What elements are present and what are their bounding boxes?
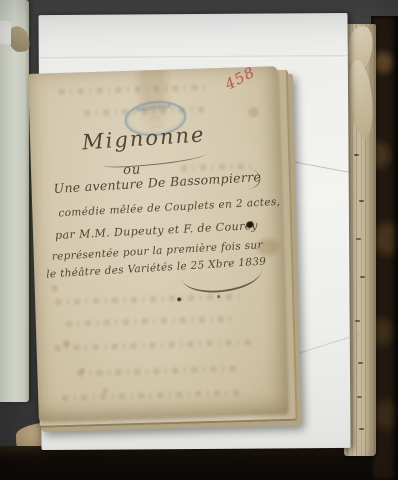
desk-shadow-strip (0, 446, 398, 480)
manuscript-title-page: 458 BIBLIOTHÈQUE · · · · · · · · · Migno… (28, 66, 288, 421)
sheet-fold-line (39, 55, 348, 60)
facing-page-edge (0, 0, 29, 402)
stamp-text-top: BIBLIOTHÈQUE (137, 105, 172, 113)
ink-dot (217, 295, 220, 298)
stamp-text-middle: · · · · (150, 116, 160, 122)
manuscript-photo: 458 BIBLIOTHÈQUE · · · · · · · · · Migno… (0, 0, 398, 480)
paper-corner-wedge (0, 20, 11, 44)
